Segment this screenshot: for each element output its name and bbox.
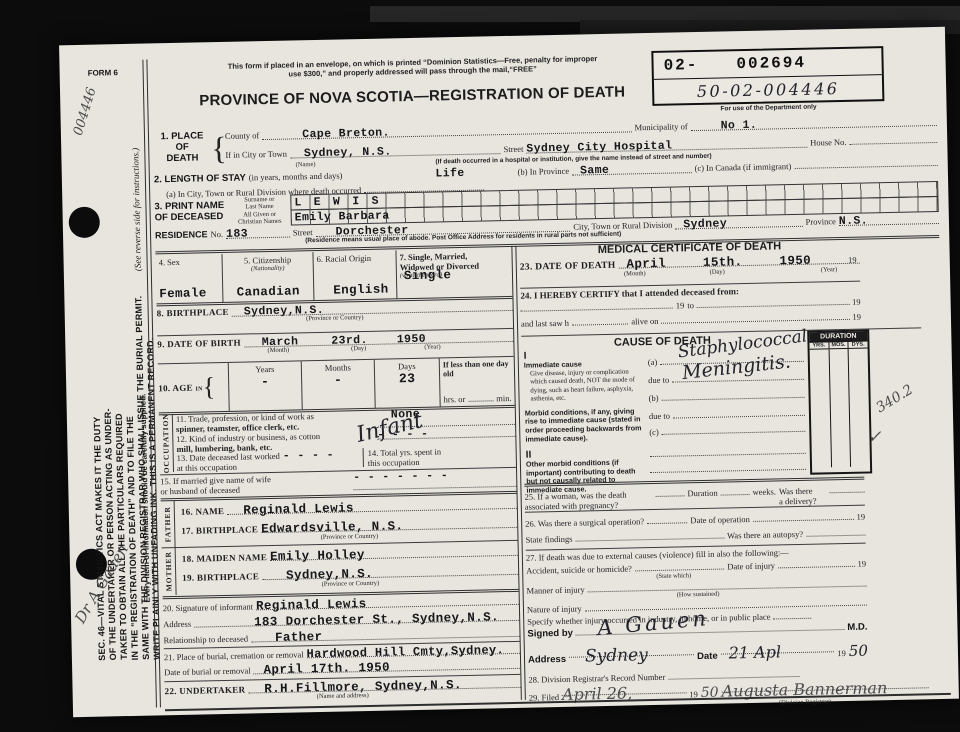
duration-col-mos: MOS. xyxy=(829,342,849,348)
residence-no-label: No. xyxy=(210,229,223,239)
cause-a-label: (a) xyxy=(648,357,658,367)
punch-hole xyxy=(68,207,100,239)
city-value: Sydney, N.S. xyxy=(304,145,392,160)
given-name-value: Emily Barbara xyxy=(295,209,390,224)
dod-month: April xyxy=(626,257,666,272)
county-label: County of xyxy=(225,130,259,141)
s27-manner-label: Manner of injury xyxy=(526,584,584,595)
dept-handwritten-number: 50-02-004446 xyxy=(697,79,840,101)
margin-code-annotation: 340.2 xyxy=(873,382,916,416)
father-vertical-label: FATHER xyxy=(161,501,176,548)
certify-yr2: 19 xyxy=(852,297,861,307)
mother-name-label: 18. MAIDEN NAME xyxy=(182,552,267,564)
dept-number-prefix: 02- xyxy=(663,56,698,75)
sex-value: Female xyxy=(159,286,219,301)
signed-address-label: Address xyxy=(528,654,566,666)
dod-note-month: (Month) xyxy=(624,270,646,277)
s1-label: 1. PLACE xyxy=(153,130,211,142)
racial-origin-label: 6. Racial Origin xyxy=(316,252,392,264)
s2-b-label: (b) In Province xyxy=(518,166,570,177)
section-date-of-death: 23. DATE OF DEATH April 15th. 1950 19 (M… xyxy=(520,253,860,280)
mother-birthplace-label: 19. BIRTHPLACE xyxy=(182,571,259,583)
lastsaw-label: and last saw h xyxy=(521,318,569,329)
section-certify: 24. I HEREBY CERTIFY that I attended dec… xyxy=(520,281,861,331)
section-date-of-birth: 9. DATE OF BIRTH March 23rd. 1950 (Month… xyxy=(157,328,513,356)
s27-nature-label: Nature of injury xyxy=(527,604,582,615)
s26-findings-label: State findings xyxy=(525,534,572,545)
cause-due1-label: due to xyxy=(648,375,669,385)
dod-year-printed: 19 xyxy=(848,255,857,265)
age-hrs-label: hrs. or xyxy=(443,394,465,404)
age-days-value: 23 xyxy=(378,371,436,387)
section-age: 10. AGE in { Years - Months - Days 23 If… xyxy=(158,356,515,415)
s13-value: - - - - xyxy=(283,449,334,463)
dod-year: 1950 xyxy=(779,254,811,269)
section-occupation: OCCUPATION 11. Trade, profession, or kin… xyxy=(159,407,516,472)
lastsaw-yr: 19 xyxy=(852,312,861,322)
section-operation: 26. Was there a surgical operation? Date… xyxy=(525,505,866,548)
dob-year: 1950 xyxy=(397,333,426,347)
dob-note-day: (Day) xyxy=(351,345,366,352)
citizenship-sub: (Nationality) xyxy=(226,264,310,273)
signed-address-row: Address Sydney Date 21 Apl 19 50 xyxy=(528,641,868,668)
city-label: If in City or Town xyxy=(225,149,287,160)
death-certificate-sheet: FORM 6 004446 SEC. 46—VITAL STATISTICS A… xyxy=(59,27,959,717)
s2-c-label: (c) In Canada (if immigrant) xyxy=(694,161,791,173)
margin-checkmark: ✓ xyxy=(867,427,882,447)
signed-address-value: Sydney xyxy=(585,645,648,666)
age-label: 10. AGE in xyxy=(158,382,203,393)
residence-street-label: Street xyxy=(293,227,313,237)
s26-autopsy-label: Was there an autopsy? xyxy=(727,529,803,541)
duration-col-dys: DYS. xyxy=(849,341,868,347)
s14-label2: this occupation xyxy=(368,455,516,468)
municipality-label: Municipality of xyxy=(634,121,687,132)
burial-place-label: 21. Place of burial, cremation or remova… xyxy=(164,649,304,662)
s3-title: OF DECEASED xyxy=(155,211,229,224)
section-4-7: 4. Sex Female 5. Citizenship (Nationalit… xyxy=(155,248,512,306)
municipality-value: No 1. xyxy=(721,119,758,133)
mother-name-value: Emily Holley xyxy=(270,548,365,564)
mother-vertical-label: MOTHER xyxy=(162,548,177,595)
county-value: Cape Breton. xyxy=(302,126,390,141)
dod-note-day: (Day) xyxy=(710,268,725,275)
occupation-vlabel-text: OCCUPATION xyxy=(161,413,171,473)
signed-year-hand: 50 xyxy=(849,642,868,660)
signed-by-label: Signed by xyxy=(527,628,573,640)
signed-date-value: 21 Apl xyxy=(728,642,781,662)
immediate-cause-note: Give disease, injury or complication whi… xyxy=(524,368,645,404)
section-father: FATHER 16. NAME Reginald Lewis 17. BIRTH… xyxy=(161,491,518,548)
s15-value: - - - - - - - xyxy=(353,469,448,484)
given-name-label: Christian Names xyxy=(229,217,291,225)
informant-label: 20. Signature of informant xyxy=(163,601,253,613)
residence-province-label: Province xyxy=(806,216,836,227)
see-reverse-note: (See reverse side for instructions.) xyxy=(130,148,143,272)
citizenship-value: Canadian xyxy=(226,284,310,300)
signed-date-label: Date xyxy=(697,651,718,662)
dob-note-year: (Year) xyxy=(424,343,440,350)
s1-label: DEATH xyxy=(153,152,211,164)
father-name-label: 16. NAME xyxy=(181,506,225,517)
department-box: 02- 002694 50-02-004446 For use of the D… xyxy=(651,46,884,114)
street-label: Street xyxy=(503,144,523,154)
birthplace-label: 8. BIRTHPLACE xyxy=(157,307,229,319)
section-informant: 20. Signature of informant Reginald Lewi… xyxy=(163,589,520,648)
envelope-notice: This form if placed in an envelope, on w… xyxy=(177,53,647,81)
residence-province-value: N.S. xyxy=(839,214,868,228)
occupation-vertical-label: OCCUPATION xyxy=(159,414,174,472)
residence-no-value: 183 xyxy=(226,227,248,240)
page-title: PROVINCE OF NOVA SCOTIA—REGISTRATION OF … xyxy=(172,83,652,110)
burial-date-label: Date of burial or removal xyxy=(164,665,251,677)
signed-year-printed: 19 xyxy=(837,648,846,658)
cause-due2-label: due to xyxy=(649,411,670,421)
dob-label: 9. DATE OF BIRTH xyxy=(157,338,241,350)
father-vlabel-text: FATHER xyxy=(163,507,173,543)
age-min-label: min. xyxy=(496,393,512,403)
residence-division-label: City, Town or Rural Division xyxy=(573,220,672,232)
residence-label: RESIDENCE xyxy=(155,229,208,240)
brace-glyph: { xyxy=(202,372,215,402)
certify-yr1: 19 xyxy=(676,300,685,310)
house-no-label: House No. xyxy=(810,137,847,148)
father-birthplace-label: 17. BIRTHPLACE xyxy=(181,524,258,536)
s2-title: 2. LENGTH OF STAY xyxy=(154,172,246,185)
s27-yr: 19 xyxy=(857,559,866,569)
informant-relationship-value: Father xyxy=(275,630,323,645)
age-years-value: - xyxy=(232,373,298,389)
informant-value: Reginald Lewis xyxy=(256,597,367,613)
section-mother: MOTHER 18. MAIDEN NAME Emily Holley 19. … xyxy=(162,540,519,595)
s26-label: 26. Was there a surgical operation? xyxy=(525,516,644,528)
form-number: FORM 6 xyxy=(88,68,118,78)
informant-relationship-label: Relationship to deceased xyxy=(163,634,248,646)
marital-value: Single xyxy=(404,267,509,283)
cause-b-label: (b) xyxy=(648,393,658,403)
s27-accident-label: Accident, suicide or homicide? xyxy=(526,563,632,575)
residence-division-value: Sydney xyxy=(683,217,727,231)
s25-duration-label: Duration xyxy=(687,488,717,499)
s26-yr: 19 xyxy=(857,512,866,522)
duration-table: DURATION YRS. MOS. DYS. xyxy=(807,329,872,474)
s25-weeks-label: weeks. xyxy=(752,486,776,496)
dod-note-year: (Year) xyxy=(821,266,837,273)
dod-label: 23. DATE OF DEATH xyxy=(520,261,616,273)
brace-glyph: { xyxy=(211,130,226,170)
father-name-value: Reginald Lewis xyxy=(243,501,354,517)
stay-province-value: Same xyxy=(580,164,609,178)
stay-city-value: Life xyxy=(435,167,464,181)
undertaker-label: 22. UNDERTAKER xyxy=(165,685,246,697)
sex-label: 4. Sex xyxy=(159,256,219,267)
s27-date-injury-label: Date of injury xyxy=(727,560,775,571)
mother-vlabel-text: MOTHER xyxy=(164,551,174,591)
certify-to: to xyxy=(687,300,694,310)
burial-date-value: April 17th. 1950 xyxy=(263,661,390,678)
racial-origin-value: English xyxy=(333,282,393,297)
margin-handwritten-number: 004446 xyxy=(71,86,100,138)
informant-address-label: Address xyxy=(163,619,191,630)
age-less-label: If less than one day old xyxy=(443,359,511,378)
age-months-value: - xyxy=(305,372,371,388)
s2-sub: (in years, months and days) xyxy=(249,170,343,182)
dob-note-month: (Month) xyxy=(267,347,289,354)
md-label: M.D. xyxy=(847,622,867,633)
morbid-label: Morbid conditions, if any, giving rise t… xyxy=(525,407,646,444)
section-cause-of-death: CAUSE OF DEATH DURATION YRS. MOS. DYS. I… xyxy=(521,327,924,480)
cause-c-label: (c) xyxy=(649,427,659,437)
s26-date-label: Date of operation xyxy=(690,514,750,525)
dept-number: 002694 xyxy=(736,54,806,73)
aliveon-label: alive on xyxy=(631,316,658,327)
surname-label: Last Name xyxy=(228,202,290,210)
